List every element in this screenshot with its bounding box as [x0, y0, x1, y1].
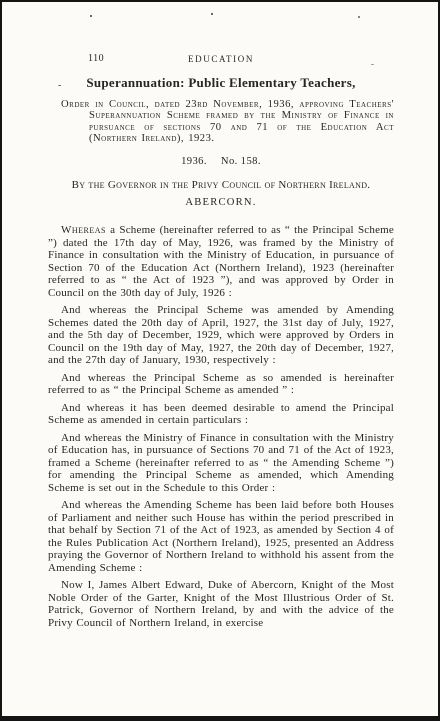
running-header-title: EDUCATION	[48, 53, 394, 65]
scan-speck	[358, 16, 360, 18]
signatory-name: ABERCORN.	[48, 197, 394, 208]
body-paragraph-5: And whereas the Ministry of Finance in c…	[48, 432, 394, 495]
paragraph-lead: Whereas	[61, 224, 106, 236]
body-paragraph-6: And whereas the Amending Scheme has been…	[48, 499, 394, 574]
document-body: Whereas a Scheme (hereinafter referred t…	[48, 224, 394, 629]
paragraph-text: Now I, James Albert Edward, Duke of Aber…	[48, 579, 394, 629]
body-paragraph-1: Whereas a Scheme (hereinafter referred t…	[48, 224, 394, 299]
paragraph-text: And whereas the Amending Scheme has been…	[48, 499, 394, 574]
running-head: 110 EDUCATION	[48, 53, 394, 65]
paragraph-text: And whereas the Principal Scheme as so a…	[48, 372, 394, 397]
scan-speck	[90, 15, 92, 17]
citation-line: 1936.No. 158.	[48, 156, 394, 167]
body-paragraph-7: Now I, James Albert Edward, Duke of Aber…	[48, 579, 394, 629]
body-paragraph-2: And whereas the Principal Scheme was ame…	[48, 304, 394, 367]
scan-speck	[211, 13, 213, 15]
body-paragraph-4: And whereas it has been deemed desirable…	[48, 402, 394, 427]
paragraph-text: And whereas the Ministry of Finance in c…	[48, 432, 394, 494]
order-in-council-heading: Order in Council, dated 23rd November, 1…	[89, 99, 394, 144]
scanned-page: - 110 EDUCATION Superannuation: Public E…	[0, 0, 440, 721]
paragraph-text: And whereas it has been deemed desirable…	[48, 402, 394, 427]
scan-mark-dash: -	[58, 80, 61, 91]
body-paragraph-3: And whereas the Principal Scheme as so a…	[48, 372, 394, 397]
paragraph-text: And whereas the Principal Scheme was ame…	[48, 304, 394, 366]
document-title: Superannuation: Public Elementary Teache…	[48, 75, 394, 91]
citation-year: 1936.	[181, 156, 207, 167]
page-content: 110 EDUCATION Superannuation: Public Ele…	[2, 2, 438, 629]
citation-number: No. 158.	[221, 156, 261, 167]
authority-line: By the Governor in the Privy Council of …	[48, 179, 394, 191]
